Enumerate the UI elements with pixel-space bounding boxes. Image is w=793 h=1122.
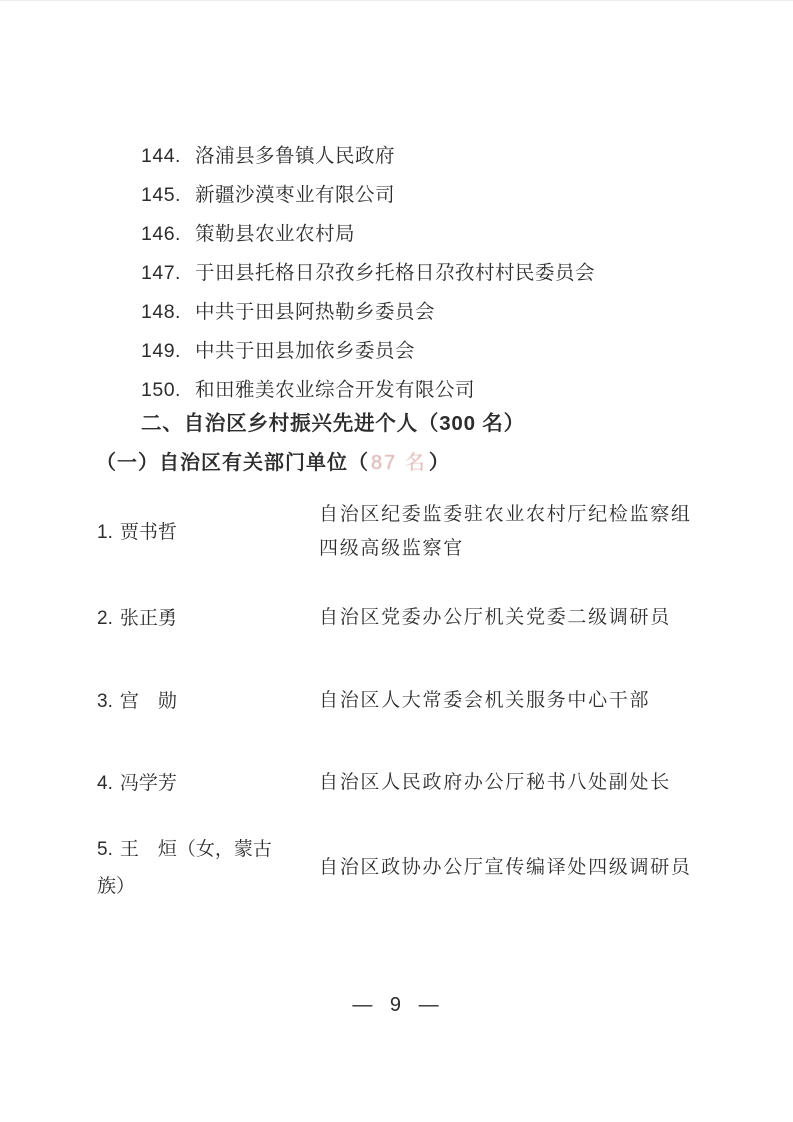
org-item-number: 150. <box>141 371 195 410</box>
org-item-number: 144. <box>141 137 195 176</box>
person-number: 2. <box>97 608 113 629</box>
person-name: 5.王 烜（女，蒙古族） <box>97 831 283 905</box>
org-item-number: 147. <box>141 254 195 293</box>
person-name: 1.贾书哲 <box>97 514 283 551</box>
org-item: 146. 策勒县农业农村局 <box>141 215 595 254</box>
subsection-prefix: （一）自治区有关部门单位（ <box>96 452 369 474</box>
person-name-text: 冯学芳 <box>120 773 177 794</box>
org-item: 148. 中共于田县阿热勒乡委员会 <box>141 293 595 332</box>
org-item-text: 和田雅美农业综合开发有限公司 <box>195 371 475 410</box>
person-title: 自治区人民政府办公厅秘书八处副处长 <box>319 766 697 800</box>
org-item-text: 于田县托格日尕孜乡托格日尕孜村村民委员会 <box>195 254 595 293</box>
page-number: — 9 — <box>0 994 793 1017</box>
org-item: 150. 和田雅美农业综合开发有限公司 <box>141 371 595 410</box>
subsection-count-stamp: 87 名 <box>369 452 429 474</box>
person-name-text: 张正勇 <box>120 608 177 629</box>
org-item-text: 中共于田县加依乡委员会 <box>195 332 415 371</box>
org-item-number: 146. <box>141 215 195 254</box>
person-row: 4.冯学芳 自治区人民政府办公厅秘书八处副处长 <box>97 764 697 802</box>
person-number: 3. <box>97 691 113 712</box>
person-name-text: 王 烜（女，蒙古族） <box>97 839 272 897</box>
person-row: 5.王 烜（女，蒙古族） 自治区政协办公厅宣传编译处四级调研员 <box>97 831 697 905</box>
person-row: 2.张正勇 自治区党委办公厅机关党委二级调研员 <box>97 599 697 637</box>
org-item-text: 新疆沙漠枣业有限公司 <box>195 176 395 215</box>
document-page: 144. 洛浦县多鲁镇人民政府 145. 新疆沙漠枣业有限公司 146. 策勒县… <box>0 0 793 1122</box>
person-title: 自治区人大常委会机关服务中心干部 <box>319 684 697 718</box>
person-name: 4.冯学芳 <box>97 765 283 802</box>
org-item: 144. 洛浦县多鲁镇人民政府 <box>141 137 595 176</box>
person-number: 4. <box>97 773 113 794</box>
subsection-heading: （一）自治区有关部门单位（87 名） <box>96 449 450 477</box>
org-item-text: 策勒县农业农村局 <box>195 215 355 254</box>
org-item-number: 148. <box>141 293 195 332</box>
org-item: 147. 于田县托格日尕孜乡托格日尕孜村村民委员会 <box>141 254 595 293</box>
person-number: 1. <box>97 522 113 543</box>
subsection-suffix: ） <box>429 452 450 474</box>
org-item-text: 中共于田县阿热勒乡委员会 <box>195 293 435 332</box>
person-name: 2.张正勇 <box>97 600 283 637</box>
org-item-text: 洛浦县多鲁镇人民政府 <box>195 137 395 176</box>
person-row: 1.贾书哲 自治区纪委监委驻农业农村厅纪检监察组四级高级监察官 <box>97 498 697 566</box>
person-row: 3.宫 勋 自治区人大常委会机关服务中心干部 <box>97 682 697 720</box>
org-item: 149. 中共于田县加依乡委员会 <box>141 332 595 371</box>
person-number: 5. <box>97 839 113 860</box>
person-title: 自治区政协办公厅宣传编译处四级调研员 <box>319 851 697 885</box>
person-name-text: 宫 勋 <box>120 691 177 712</box>
person-title: 自治区纪委监委驻农业农村厅纪检监察组四级高级监察官 <box>319 498 697 566</box>
org-item-number: 145. <box>141 176 195 215</box>
person-name: 3.宫 勋 <box>97 683 283 720</box>
org-item: 145. 新疆沙漠枣业有限公司 <box>141 176 595 215</box>
person-name-text: 贾书哲 <box>120 522 177 543</box>
org-list: 144. 洛浦县多鲁镇人民政府 145. 新疆沙漠枣业有限公司 146. 策勒县… <box>141 137 595 410</box>
org-item-number: 149. <box>141 332 195 371</box>
person-title: 自治区党委办公厅机关党委二级调研员 <box>319 601 697 635</box>
section-heading: 二、自治区乡村振兴先进个人（300 名） <box>141 410 525 438</box>
